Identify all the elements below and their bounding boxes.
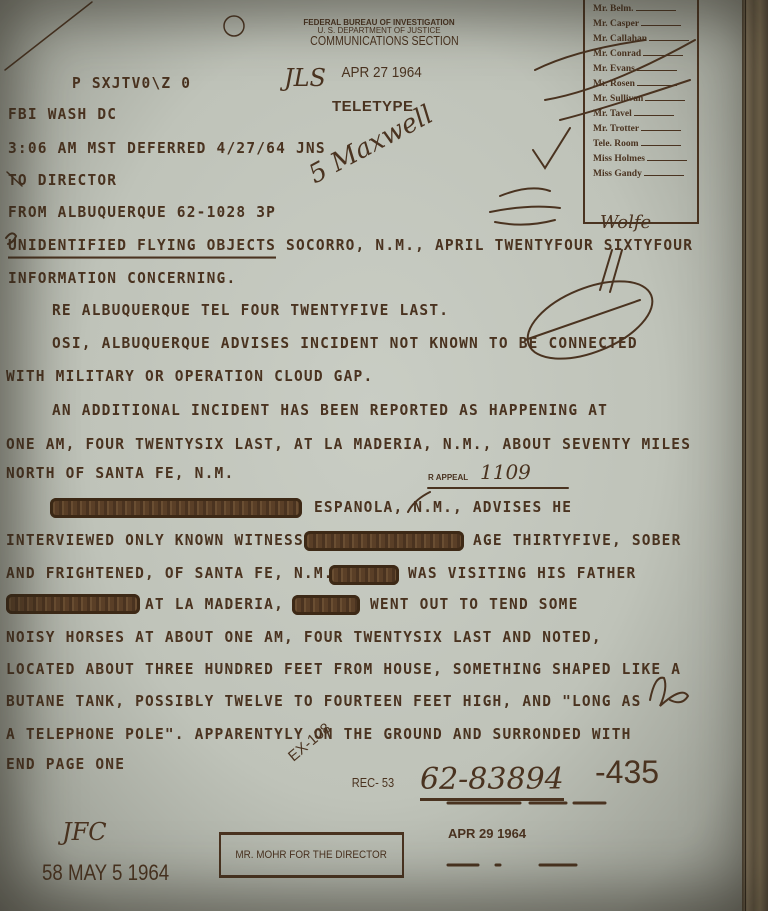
to-line: TO DIRECTOR xyxy=(8,173,117,190)
subject-rest: SOCORRO, N.M., APRIL TWENTYFOUR SIXTYFOU… xyxy=(286,238,693,255)
teletype-document: FEDERAL BUREAU OF INVESTIGATION U. S. DE… xyxy=(0,0,742,911)
routing-name: Mr. Sullivan xyxy=(593,94,643,104)
redaction-block xyxy=(292,595,360,615)
redaction-block xyxy=(304,531,464,551)
binder-edge xyxy=(742,0,768,911)
routing-rule xyxy=(647,160,687,161)
redacted-line-2b: AGE THIRTYFIVE, SOBER xyxy=(473,533,682,550)
body-line: BUTANE TANK, POSSIBLY TWELVE TO FOURTEEN… xyxy=(6,694,642,711)
routing-name: Mr. Conrad xyxy=(593,49,641,59)
appeal-number: 1109 xyxy=(480,460,531,484)
routing-rule xyxy=(641,145,681,146)
routing-slip-entry: Mr. Rosen xyxy=(593,79,677,89)
routing-slip-entry: Mr. Sullivan xyxy=(593,94,685,104)
redacted-line-2a: INTERVIEWED ONLY KNOWN WITNESS, xyxy=(6,533,314,550)
routing-slip-entry: Tele. Room xyxy=(593,139,681,149)
routing-rule xyxy=(634,115,674,116)
subject-line-2: INFORMATION CONCERNING. xyxy=(8,271,236,288)
routing-slip-entry: Miss Gandy xyxy=(593,169,684,179)
routing-slip-entry: Mr. Casper xyxy=(593,19,681,29)
body-line: WITH MILITARY OR OPERATION CLOUD GAP. xyxy=(6,369,373,386)
routing-rule xyxy=(643,55,683,56)
from-office-line: FBI WASH DC xyxy=(8,107,117,124)
director-stamp-box: MR. MOHR FOR THE DIRECTOR xyxy=(219,832,404,878)
checkmark-icon xyxy=(533,128,570,168)
routing-name: Miss Holmes xyxy=(593,154,645,164)
body-line: NOISY HORSES AT ABOUT ONE AM, FOUR TWENT… xyxy=(6,630,602,647)
file-serial: -435 xyxy=(595,754,659,791)
routing-rule xyxy=(641,25,681,26)
routing-rule xyxy=(649,40,689,41)
routing-rule xyxy=(645,100,685,101)
circle-tail xyxy=(525,250,640,340)
routing-rule xyxy=(644,175,684,176)
routing-name: Mr. Evans xyxy=(593,64,635,74)
routing-name: Miss Gandy xyxy=(593,169,642,179)
routing-slip-entry: Mr. Trotter xyxy=(593,124,681,134)
routing-slip-entry: Mr. Belm. xyxy=(593,4,676,14)
redacted-line-4b: WENT OUT TO TEND SOME xyxy=(370,597,579,614)
routing-name: Tele. Room xyxy=(593,139,639,149)
body-line: LOCATED ABOUT THREE HUNDRED FEET FROM HO… xyxy=(6,662,681,679)
body-line: OSI, ALBUQUERQUE ADVISES INCIDENT NOT KN… xyxy=(52,336,638,353)
routing-name: Mr. Casper xyxy=(593,19,639,29)
subject-underlined: UNIDENTIFIED FLYING OBJECTS xyxy=(8,238,276,259)
subject-line: UNIDENTIFIED FLYING OBJECTS SOCORRO, N.M… xyxy=(8,238,693,255)
redacted-line-1: ESPANOLA, N.M., ADVISES HE xyxy=(314,500,572,517)
body-line: RE ALBUQUERQUE TEL FOUR TWENTYFIVE LAST. xyxy=(52,303,449,320)
body-line: ONE AM, FOUR TWENTYSIX LAST, AT LA MADER… xyxy=(6,437,691,454)
routing-slip-entry: Miss Holmes xyxy=(593,154,687,164)
corner-circle xyxy=(224,16,244,36)
redaction-block xyxy=(50,498,302,518)
routing-name: Mr. Tavel xyxy=(593,109,632,119)
bottom-initials: JFC xyxy=(62,818,107,846)
received-date-stamp: APR 27 1964 xyxy=(341,64,421,81)
routing-slip-entry: Mr. Evans xyxy=(593,64,677,74)
diagonal-scratch xyxy=(5,2,92,70)
body-line: AN ADDITIONAL INCIDENT HAS BEEN REPORTED… xyxy=(52,403,608,420)
time-line: 3:06 AM MST DEFERRED 4/27/64 JNS xyxy=(8,141,326,158)
routing-rule xyxy=(637,85,677,86)
indexed-date-stamp: APR 29 1964 xyxy=(448,826,526,841)
redacted-line-3b: WAS VISITING HIS FATHER xyxy=(408,566,636,583)
routing-name: Mr. Callahan xyxy=(593,34,647,44)
appeal-label: R APPEAL xyxy=(428,473,468,482)
right-signature: Wolfe xyxy=(600,212,651,233)
margin-scribble xyxy=(650,678,688,706)
circled-initials xyxy=(517,266,663,375)
fbi-header-stamp: FEDERAL BUREAU OF INVESTIGATION U. S. DE… xyxy=(298,18,460,48)
file-number: 62-83894 xyxy=(420,762,564,801)
header-initials: JLS xyxy=(284,64,326,92)
routing-name: Mr. Trotter xyxy=(593,124,639,134)
from-line: FROM ALBUQUERQUE 62-1028 3P xyxy=(8,205,276,222)
filed-date-stamp: 58 MAY 5 1964 xyxy=(42,860,169,886)
end-page-line: END PAGE ONE xyxy=(6,757,125,774)
redaction-block xyxy=(329,565,399,585)
redacted-line-4a: AT LA MADERIA, xyxy=(145,597,284,614)
body-line: NORTH OF SANTA FE, N.M. xyxy=(6,466,234,483)
routing-name: Mr. Belm. xyxy=(593,4,634,14)
routing-code: P SXJTV0\Z 0 xyxy=(72,76,191,93)
redaction-block xyxy=(6,594,140,614)
director-stamp-text: MR. MOHR FOR THE DIRECTOR xyxy=(236,849,387,861)
routing-slip: Mr. Belm.Mr. CasperMr. CallahanMr. Conra… xyxy=(583,0,699,224)
routing-rule xyxy=(637,70,677,71)
section-name: COMMUNICATIONS SECTION xyxy=(310,34,448,48)
routing-rule xyxy=(641,130,681,131)
routing-slip-entry: Mr. Tavel xyxy=(593,109,674,119)
rec-stamp: REC- 53 xyxy=(352,775,394,790)
redacted-line-3a: AND FRIGHTENED, OF SANTA FE, N.M. xyxy=(6,566,334,583)
routing-slip-entry: Mr. Conrad xyxy=(593,49,683,59)
routing-rule xyxy=(636,10,676,11)
initials-scrawl xyxy=(490,188,560,224)
routing-slip-entry: Mr. Callahan xyxy=(593,34,689,44)
routing-name: Mr. Rosen xyxy=(593,79,635,89)
